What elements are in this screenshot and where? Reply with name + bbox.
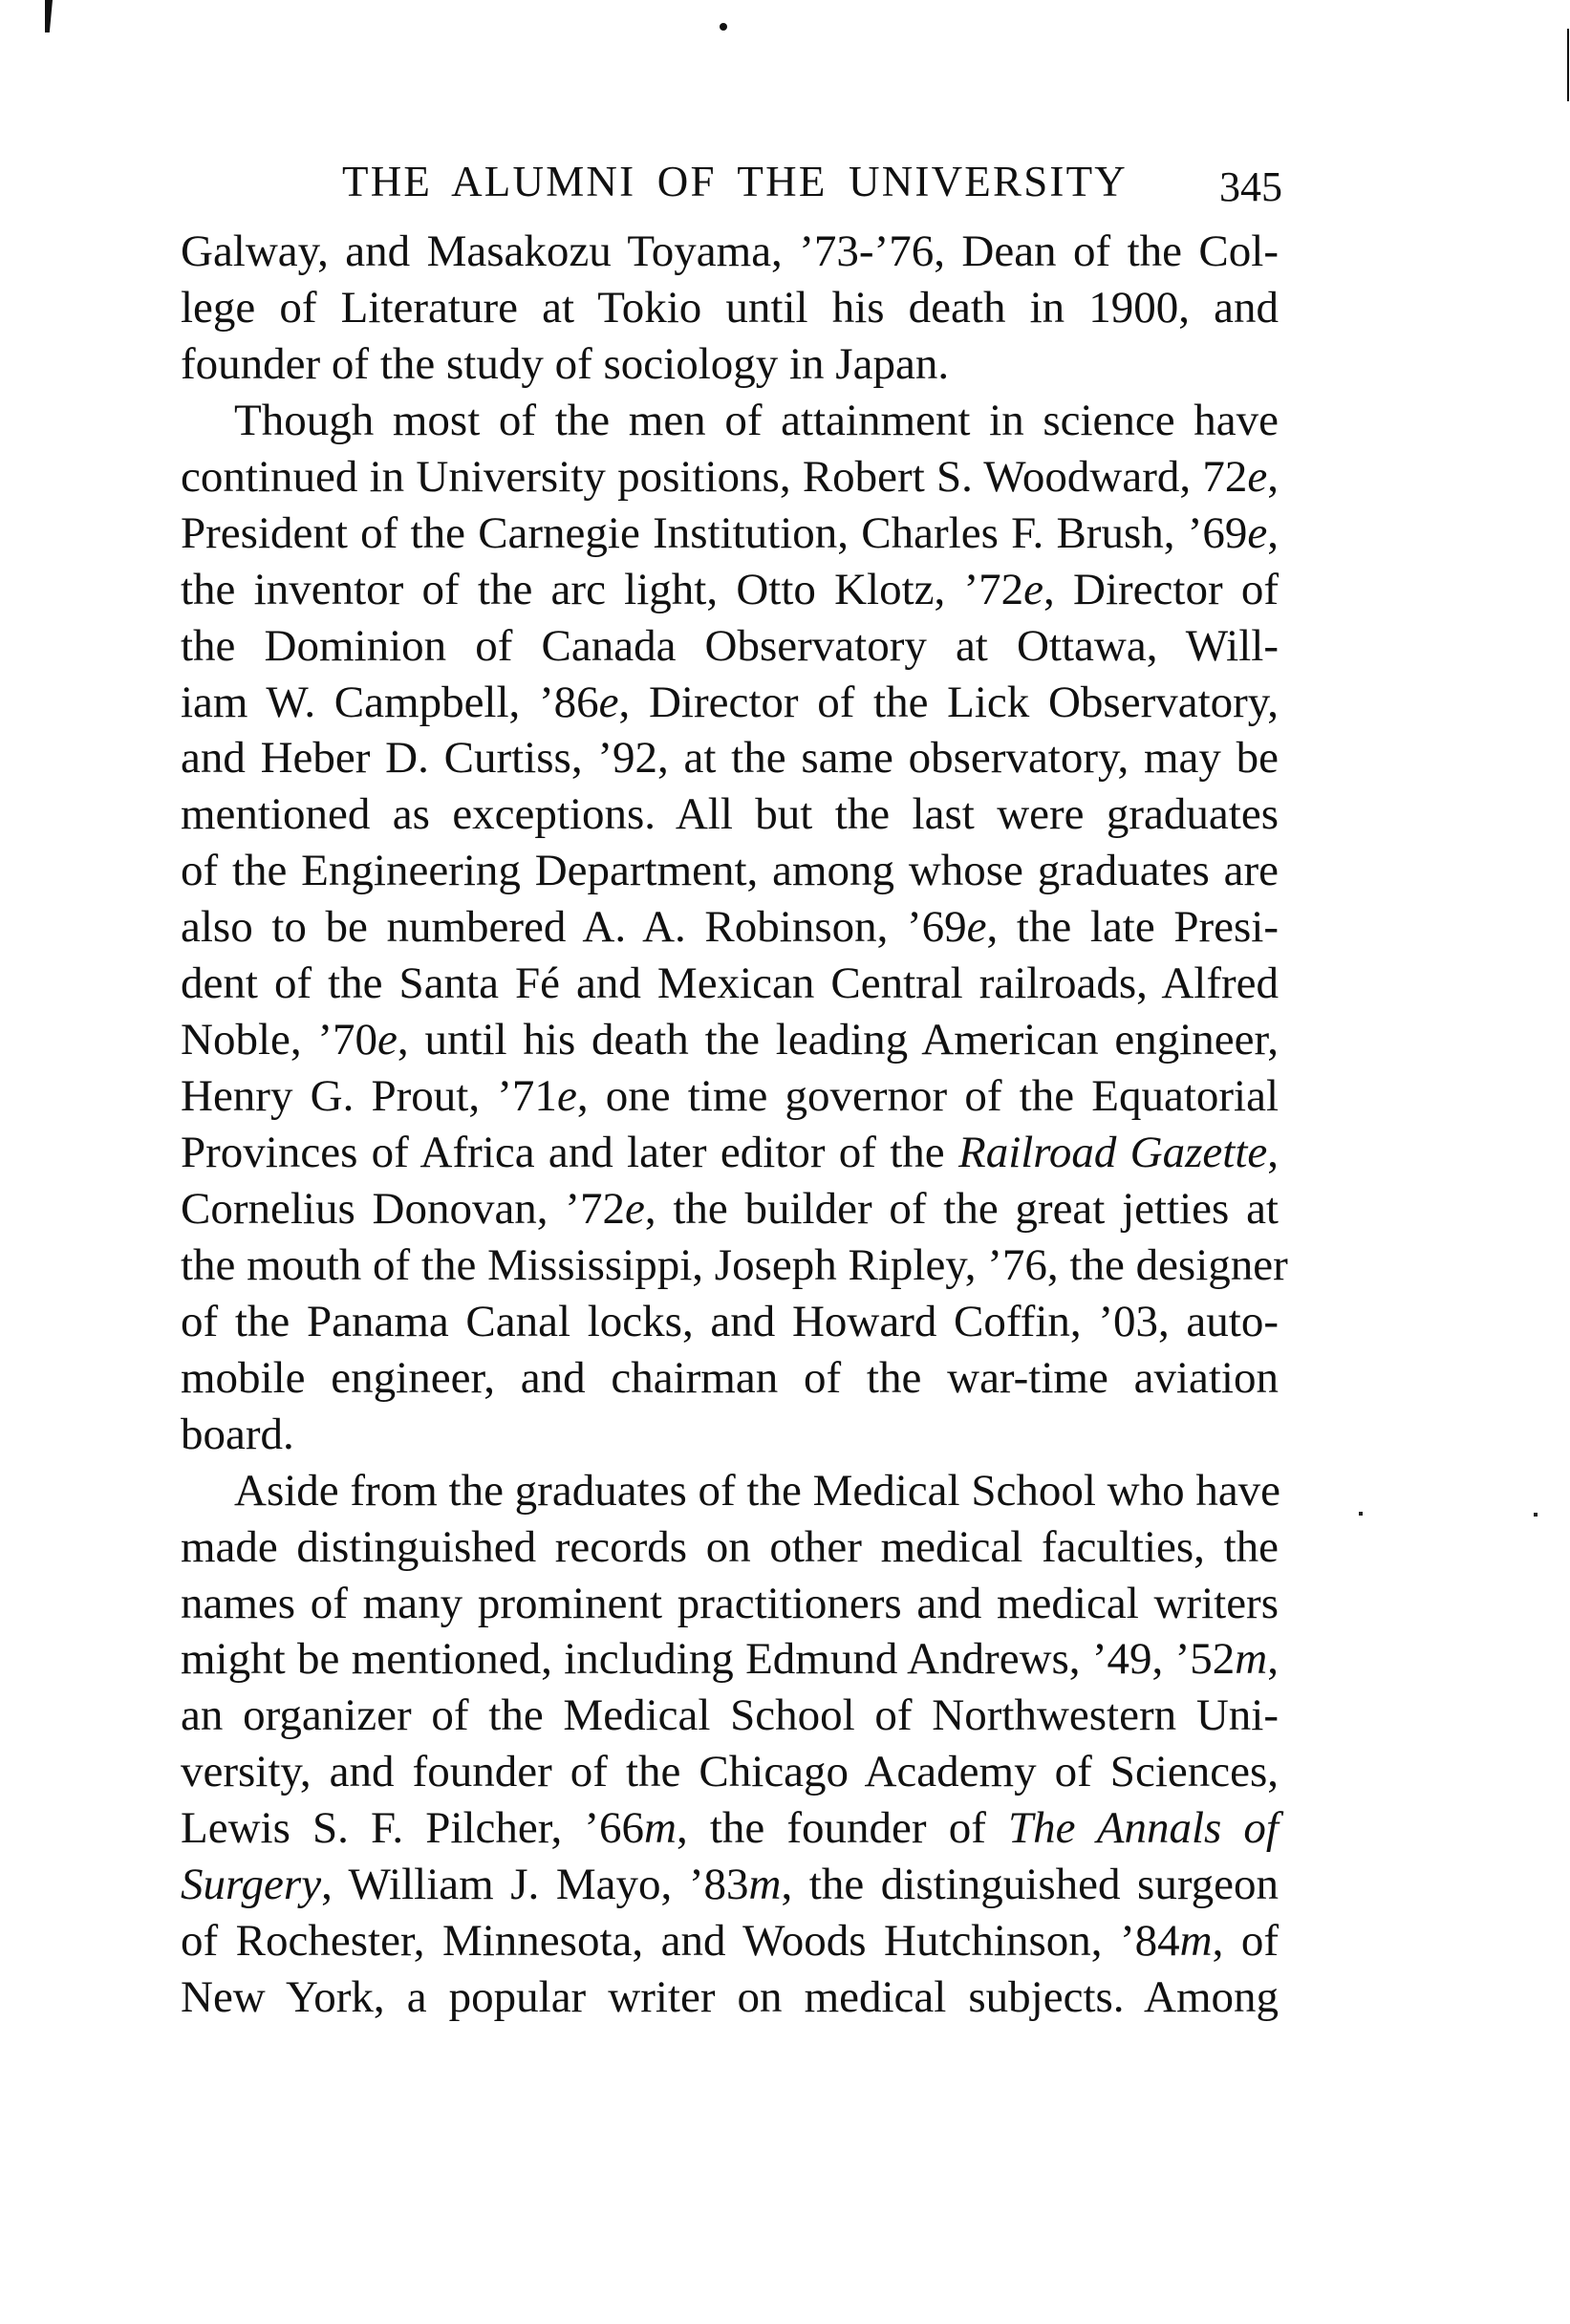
text-line: of Rochester, Minnesota, and Woods Hutch…: [181, 1913, 1279, 1969]
text-line: Lewis S. F. Pilcher, ’66m, the founder o…: [181, 1800, 1279, 1857]
text-line: of the Engineering Department, among who…: [181, 843, 1279, 899]
text-line: lege of Literature at Tokio until his de…: [181, 280, 1279, 336]
italic-text: m: [644, 1803, 677, 1853]
italic-text: e: [967, 902, 987, 952]
text-run: versity, and founder of the Chicago Acad…: [181, 1747, 1279, 1797]
text-line: founder of the study of sociology in Jap…: [181, 336, 1279, 393]
italic-text: e: [377, 1015, 398, 1065]
running-head-title: THE ALUMNI OF THE UNIVERSITY: [342, 153, 1128, 210]
text-line: might be mentioned, including Edmund And…: [181, 1631, 1279, 1688]
italic-text: e: [557, 1071, 577, 1121]
text-line: Surgery, William J. Mayo, ’83m, the dist…: [181, 1857, 1279, 1913]
text-run: the mouth of the Mississippi, Joseph Rip…: [181, 1240, 1288, 1290]
text-line: board.: [181, 1407, 1279, 1463]
book-page: THE ALUMNI OF THE UNIVERSITY 345 Galway,…: [0, 0, 1570, 2324]
text-run: iam W. Campbell, ’86: [181, 678, 599, 727]
text-line: mentioned as exceptions. All but the las…: [181, 786, 1279, 843]
scan-edge-mark: [45, 0, 53, 32]
text-run: ,: [1267, 1128, 1279, 1177]
text-run: continued in University positions, Rober…: [181, 452, 1247, 502]
text-line: made distinguished records on other medi…: [181, 1519, 1279, 1576]
text-run: , the distinguished surgeon: [781, 1860, 1279, 1909]
text-run: , the builder of the great jetties at: [645, 1184, 1279, 1234]
text-run: , the founder of: [677, 1803, 1008, 1853]
text-run: Henry G. Prout, ’71: [181, 1071, 557, 1121]
text-run: President of the Carnegie Institution, C…: [181, 508, 1247, 558]
text-run: founder of the study of sociology in Jap…: [181, 339, 949, 389]
text-line: dent of the Santa Fé and Mexican Central…: [181, 956, 1279, 1012]
text-line: mobile engineer, and chairman of the war…: [181, 1350, 1279, 1407]
text-line: Noble, ’70e, until his death the leading…: [181, 1012, 1279, 1068]
text-run: New York, a popular writer on medical su…: [181, 1972, 1279, 2022]
text-line: Aside from the graduates of the Medical …: [181, 1463, 1279, 1519]
text-run: of the Engineering Department, among who…: [181, 846, 1279, 895]
italic-text: m: [1180, 1916, 1213, 1966]
scan-dot-mark: [720, 23, 727, 31]
text-line: Cornelius Donovan, ’72e, the builder of …: [181, 1181, 1279, 1237]
text-run: of Rochester, Minnesota, and Woods Hutch…: [181, 1916, 1180, 1966]
text-run: and Heber D. Curtiss, ’92, at the same o…: [181, 733, 1279, 783]
text-run: , Director of: [1043, 565, 1279, 614]
italic-text: Surgery: [181, 1860, 321, 1909]
text-line: also to be numbered A. A. Robinson, ’69e…: [181, 899, 1279, 956]
text-line: names of many prominent practitioners an…: [181, 1576, 1279, 1632]
text-line: Henry G. Prout, ’71e, one time governor …: [181, 1068, 1279, 1125]
italic-text: e: [1023, 565, 1043, 614]
text-run: made distinguished records on other medi…: [181, 1522, 1279, 1572]
text-line: Though most of the men of attainment in …: [181, 393, 1279, 449]
italic-text: e: [625, 1184, 645, 1234]
text-run: , the late Presi-: [987, 902, 1280, 952]
italic-text: m: [749, 1860, 782, 1909]
italic-text: e: [1247, 508, 1267, 558]
text-line: Provinces of Africa and later editor of …: [181, 1125, 1279, 1181]
italic-text: e: [1247, 452, 1267, 502]
text-line: and Heber D. Curtiss, ’92, at the same o…: [181, 730, 1279, 786]
text-run: , of: [1213, 1916, 1279, 1966]
text-line: the inventor of the arc light, Otto Klot…: [181, 562, 1279, 618]
text-line: the mouth of the Mississippi, Joseph Rip…: [181, 1237, 1279, 1294]
text-run: Galway, and Masakozu Toyama, ’73-’76, De…: [181, 226, 1279, 276]
text-run: ,: [1267, 508, 1279, 558]
text-run: mobile engineer, and chairman of the war…: [181, 1353, 1279, 1403]
text-run: Cornelius Donovan, ’72: [181, 1184, 625, 1234]
text-run: , until his death the leading American e…: [398, 1015, 1279, 1065]
text-run: ,: [1267, 1634, 1279, 1684]
text-run: the inventor of the arc light, Otto Klot…: [181, 565, 1023, 614]
text-run: Lewis S. F. Pilcher, ’66: [181, 1803, 644, 1853]
text-line: an organizer of the Medical School of No…: [181, 1688, 1279, 1744]
italic-text: The Annals of: [1008, 1803, 1279, 1853]
text-run: also to be numbered A. A. Robinson, ’69: [181, 902, 967, 952]
text-line: iam W. Campbell, ’86e, Director of the L…: [181, 675, 1279, 731]
text-run: Aside from the graduates of the Medical …: [234, 1466, 1280, 1516]
italic-text: Railroad Gazette: [958, 1128, 1267, 1177]
text-line: of the Panama Canal locks, and Howard Co…: [181, 1294, 1279, 1350]
text-run: might be mentioned, including Edmund And…: [181, 1634, 1235, 1684]
text-run: an organizer of the Medical School of No…: [181, 1690, 1279, 1740]
text-run: of the Panama Canal locks, and Howard Co…: [181, 1297, 1279, 1346]
text-run: Noble, ’70: [181, 1015, 377, 1065]
text-run: names of many prominent practitioners an…: [181, 1579, 1279, 1628]
text-line: versity, and founder of the Chicago Acad…: [181, 1744, 1279, 1800]
text-run: dent of the Santa Fé and Mexican Central…: [181, 958, 1279, 1008]
text-line: President of the Carnegie Institution, C…: [181, 506, 1279, 562]
scan-speck: [1534, 1513, 1538, 1517]
italic-text: e: [599, 678, 619, 727]
text-line: the Dominion of Canada Observatory at Ot…: [181, 618, 1279, 675]
scan-edge-rule: [1567, 29, 1569, 101]
italic-text: m: [1235, 1634, 1267, 1684]
body-text: Galway, and Masakozu Toyama, ’73-’76, De…: [181, 224, 1279, 2026]
text-line: New York, a popular writer on medical su…: [181, 1969, 1279, 2026]
text-run: mentioned as exceptions. All but the las…: [181, 789, 1279, 839]
text-line: Galway, and Masakozu Toyama, ’73-’76, De…: [181, 224, 1279, 280]
page-number: 345: [1219, 159, 1279, 216]
text-run: the Dominion of Canada Observatory at Ot…: [181, 621, 1279, 671]
text-run: Provinces of Africa and later editor of …: [181, 1128, 958, 1177]
text-run: ,: [1267, 452, 1279, 502]
scan-speck: [1359, 1512, 1363, 1516]
text-run: , William J. Mayo, ’83: [321, 1860, 748, 1909]
text-run: lege of Literature at Tokio until his de…: [181, 283, 1279, 333]
text-run: board.: [181, 1409, 294, 1459]
text-run: , Director of the Lick Observatory,: [619, 678, 1279, 727]
text-line: continued in University positions, Rober…: [181, 449, 1279, 506]
text-run: , one time governor of the Equatorial: [577, 1071, 1279, 1121]
text-run: Though most of the men of attainment in …: [234, 396, 1279, 445]
